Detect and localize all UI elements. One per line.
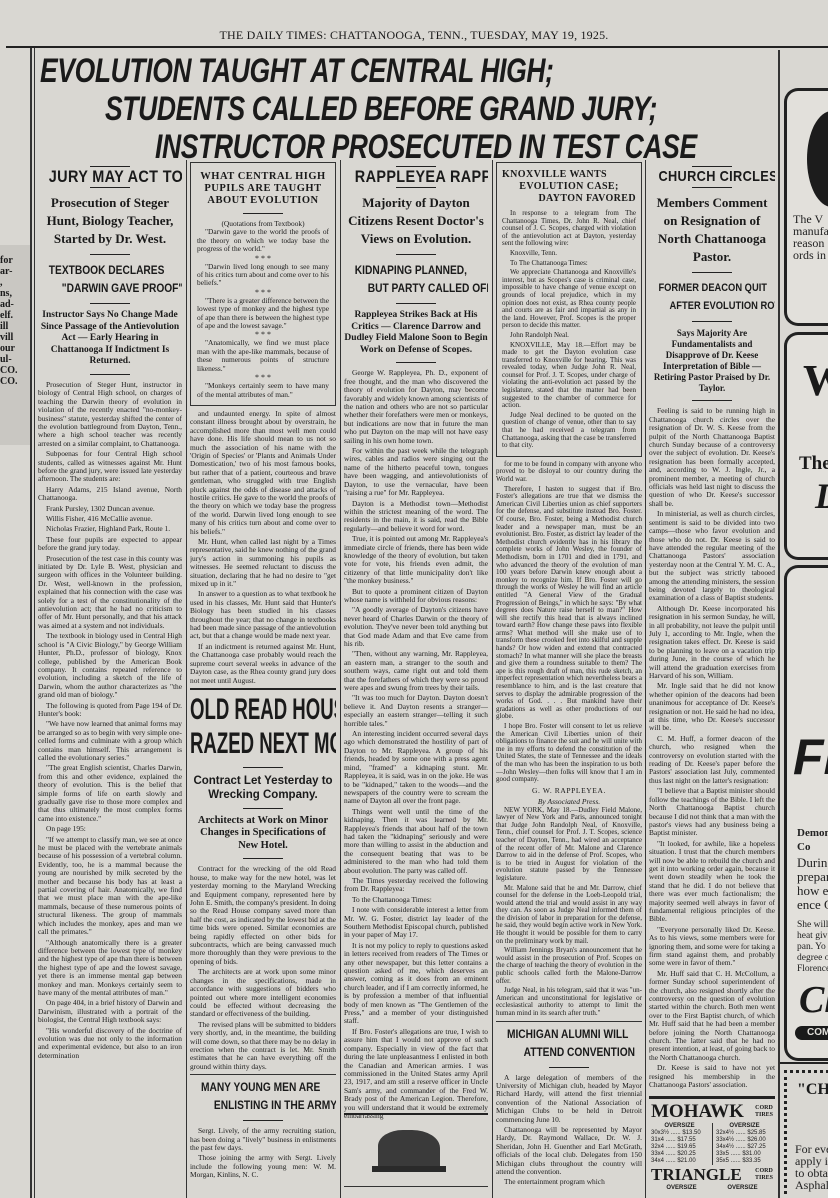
left-page-strip: forar-,ns,ad-elf.illvillourul-CO.CO. <box>0 150 30 1198</box>
newspaper-page: THE DAILY TIMES: CHATTANOOGA, TENN., TUE… <box>0 0 828 1198</box>
divider <box>90 303 130 304</box>
tire-price-row: 34x4½ ...... $27.25 <box>716 1144 773 1151</box>
text-fragment: elf. <box>0 310 30 321</box>
ad-italic-text: D <box>815 475 828 517</box>
ad-line: ence Ol <box>797 898 828 912</box>
subdeck: Rappleyea Strikes Back at His Critics — … <box>344 310 488 356</box>
tire-price-row: 34x4 ...... $21.00 <box>651 1158 708 1165</box>
quotes-box: WHAT CENTRAL HIGH PUPILS ARE TAUGHT ABOU… <box>190 162 336 406</box>
divider <box>243 858 283 859</box>
paragraph: Mr. Hunt, when called last night by a Ti… <box>190 538 336 588</box>
ad-small-text: She willheat givpan. Yodegree oFlorence <box>797 920 828 975</box>
paragraph: The following is quoted from Page 194 of… <box>38 702 182 719</box>
masthead-rule <box>6 46 828 48</box>
column-rule <box>492 160 493 1198</box>
paragraph: Mr. Huff said that C. H. McCollum, a for… <box>649 970 775 1062</box>
article-body: Prosecution of Steger Hunt, instructor i… <box>38 381 182 1060</box>
paragraph: On page 404, in a brief history of Darwi… <box>38 999 182 1024</box>
paragraph: Mr. Malone said that he and Mr. Darrow, … <box>496 885 642 946</box>
ad-line: During <box>797 856 828 870</box>
tire-oversize-row: OVERSIZE OVERSIZE <box>649 1185 775 1192</box>
paragraph: Chattanooga will be represented by Mayor… <box>496 1126 642 1176</box>
paragraph: Judge Neal, in his telegram, said that i… <box>496 987 642 1017</box>
ad-script-logo: Cl <box>799 978 828 1022</box>
paragraph: The architects are at work upon some min… <box>190 968 336 1018</box>
paragraph: On page 195: <box>38 825 182 833</box>
tire-price-row: 33x4 ...... $20.25 <box>651 1151 708 1158</box>
divider <box>243 1120 283 1121</box>
paragraph: Things went well until the time of the k… <box>344 808 488 875</box>
paragraph: "Then, without any warning, Mr. Rappleye… <box>344 650 488 692</box>
headline-line-1: MANY YOUNG MEN ARE <box>201 1078 325 1096</box>
tire-prices-right: OVERSIZE 32x4½ ...... $25.8533x4½ ......… <box>712 1123 773 1165</box>
ad-line: She will <box>797 920 828 931</box>
ad-phonograph: The Vmanufareasonords in <box>784 88 828 326</box>
oversize-label: OVERSIZE <box>651 1123 708 1130</box>
paragraph: Harry Adams, 215 Island avenue, North Ch… <box>38 486 182 503</box>
divider <box>692 166 732 167</box>
quote: "Darwin gave to the world the proofs of … <box>197 228 329 253</box>
paragraph: Prosecution of the test case in this cou… <box>38 555 182 631</box>
divider <box>396 254 436 255</box>
headline-line-2: ENLISTING IN THE ARMY <box>214 1096 326 1114</box>
signature: G. W. RAPPLEYEA. <box>496 787 642 795</box>
paragraph: Knoxville, Tenn. <box>502 250 636 258</box>
masthead: THE DAILY TIMES: CHATTANOOGA, TENN., TUE… <box>0 28 828 43</box>
paragraph: Subpoenas for four Central High school s… <box>38 450 182 484</box>
ad-title: "CHE <box>797 1081 828 1099</box>
paragraph: "If we attempt to classify man, we see a… <box>38 836 182 937</box>
deck: Prosecution of Steger Hunt, Biology Teac… <box>38 194 182 248</box>
paragraph: The revised plans will be submitted to b… <box>190 1021 336 1071</box>
divider <box>190 688 336 690</box>
quote-list: "Darwin gave to the world the proofs of … <box>197 228 329 399</box>
paragraph: In response to a telegram from The Chatt… <box>502 210 636 248</box>
headline-line-1: MICHIGAN ALUMNI WILL <box>507 1025 631 1043</box>
divider <box>90 187 130 188</box>
paragraph: Mr. Ingle said that he did not know whet… <box>649 682 775 732</box>
paragraph: Nicholas Frazier, Highland Park, Route 1… <box>38 525 182 533</box>
divider <box>780 1062 828 1064</box>
quote: "Anatomically, we find we must place man… <box>197 339 329 373</box>
banner-headline: EVOLUTION TAUGHT AT CENTRAL HIGH; STUDEN… <box>40 52 770 166</box>
ad-line: ords in <box>793 249 828 261</box>
text-fragment: vill <box>0 332 30 343</box>
paragraph: The textbook in biology used in Central … <box>38 632 182 699</box>
ad-tag: CORD TIRES <box>755 1168 773 1182</box>
oversize-label: OVERSIZE <box>712 1185 773 1192</box>
headline-line-2: RAZED NEXT MONTH <box>190 727 281 761</box>
ad-text: The Vmanufareasonords in <box>793 213 828 261</box>
ad-text: Then <box>799 453 828 475</box>
ad-body: Duringpreparehow eaence Ol <box>797 856 828 912</box>
headline: RAPPLEYEA RAPPED <box>355 173 477 181</box>
paragraph: C. M. Huff, a former deacon of the churc… <box>649 735 775 785</box>
subhead-line-2: BUT PARTY CALLED OFF <box>368 279 479 297</box>
article-body: Sergt. Lively, of the army recruiting st… <box>190 1127 336 1179</box>
paragraph: "The great English scientist, Charles Da… <box>38 764 182 823</box>
left-border-inner <box>34 48 35 1198</box>
quote: "Monkeys certainly seem to have many of … <box>197 382 329 399</box>
ad-banner: COM <box>795 1026 828 1040</box>
ad-tag-tires: TIRES <box>755 1112 773 1118</box>
ad-line: degree o <box>797 953 828 964</box>
paragraph: "It looked, for awhile, like a hopeless … <box>649 840 775 924</box>
article-body: Feeling is said to be running high in Ch… <box>649 407 775 1090</box>
paragraph: I hope Bro. Foster will consent to let u… <box>496 723 642 784</box>
column-rule <box>186 160 187 1198</box>
paragraph: Those joining the army with Sergt. Livel… <box>190 1154 336 1179</box>
ad-line: Florence <box>797 964 828 975</box>
paragraph: Prosecution of Steger Hunt, instructor i… <box>38 381 182 448</box>
ad-wa: Wa Then D <box>784 332 828 560</box>
paragraph: Sergt. Lively, of the army recruiting st… <box>190 1127 336 1152</box>
subdeck: Instructor Says No Change Made Since Pas… <box>38 310 182 368</box>
deck: Members Comment on Resignation of North … <box>649 194 775 266</box>
divider <box>243 767 283 768</box>
paragraph: "His wonderful discovery of the doctrine… <box>38 1027 182 1061</box>
divider <box>396 362 436 363</box>
knoxville-box: KNOXVILLE WANTS EVOLUTION CASE; DAYTON F… <box>496 162 642 457</box>
ad-line: pan. Yo <box>797 942 828 953</box>
paragraph: If an indictment is returned against Mr.… <box>190 643 336 685</box>
headline: CHURCH CIRCLES STIRRED <box>658 173 765 181</box>
quote: "Darwin lived long enough to see many of… <box>197 263 329 288</box>
subhead-line-1: TEXTBOOK DECLARES <box>49 261 171 279</box>
divider <box>344 1186 488 1187</box>
divider <box>692 187 732 188</box>
paragraph: George W. Rappleyea, Ph. D., exponent of… <box>344 369 488 445</box>
deck: Contract Let Yesterday to Wrecking Compa… <box>190 774 336 802</box>
subhead-line-1: FORMER DEACON QUIT <box>658 279 765 297</box>
ad-tag-cord: CORD <box>755 1105 773 1111</box>
illustration-image <box>378 1130 440 1170</box>
oversize-label: OVERSIZE <box>716 1123 773 1130</box>
paragraph: Dr. Keese is said to have not yet resign… <box>649 1064 775 1089</box>
article-church-circles: CHURCH CIRCLES STIRRED Members Comment o… <box>649 160 775 1090</box>
headline: JURY MAY ACT TODAY <box>49 173 171 181</box>
headline-line-2: ATTEND CONVENTION <box>524 1043 633 1061</box>
paragraph: Willis Fisher, 416 McCallie avenue. <box>38 515 182 523</box>
paragraph: Therefore, I hasten to suggest that if B… <box>496 486 642 721</box>
paragraph: "It was too much for Dayton. Dayton does… <box>344 694 488 728</box>
ad-line: Asphalt <box>795 1179 828 1191</box>
banner-line-1: EVOLUTION TAUGHT AT CENTRAL HIGH; <box>40 52 609 90</box>
paragraph: KNOXVILLE, May 18.—Effort may be made to… <box>502 342 636 410</box>
tire-price-row: 32x4 ...... $19.65 <box>651 1144 708 1151</box>
paragraph: Frank Pursley, 1302 Duncan avenue. <box>38 505 182 513</box>
text-fragment: our <box>0 343 30 354</box>
divider <box>692 272 732 273</box>
paragraph: Dayton is a Methodist town—Methodist wit… <box>344 500 488 534</box>
tire-rows: 32x4½ ...... $25.8533x4½ ...... $26.0034… <box>716 1130 773 1165</box>
text-fragment: for <box>0 255 30 266</box>
subhead-line-1: KIDNAPING PLANNED, <box>355 261 477 279</box>
paragraph: Feeling is said to be running high in Ch… <box>649 407 775 508</box>
box-headline-line-1: KNOXVILLE WANTS <box>502 169 636 181</box>
text-fragment: ns, <box>0 288 30 299</box>
ad-text: For eveapply itto obtaiAsphalt <box>795 1143 828 1191</box>
column-rule <box>340 160 341 1198</box>
divider <box>496 1021 642 1022</box>
tire-price-row: 35x5 ...... $33.35 <box>716 1158 773 1165</box>
divider <box>396 187 436 188</box>
tire-rows: 30x3½ ...... $13.5031x4 ...... $17.5532x… <box>651 1130 708 1165</box>
paragraph: I note with considerable interest a lett… <box>344 906 488 940</box>
banner-line-2: STUDENTS CALLED BEFORE GRAND JURY; <box>105 90 624 128</box>
divider <box>190 1074 336 1075</box>
divider <box>396 303 436 304</box>
tire-price-table: OVERSIZE 30x3½ ...... $13.5031x4 ...... … <box>649 1123 775 1165</box>
paragraph: An interesting incident occurred several… <box>344 730 488 806</box>
article-body: A large delegation of members of the Uni… <box>496 1074 642 1187</box>
column-rule <box>645 160 646 1198</box>
text-fragment: ad- <box>0 299 30 310</box>
tire-ad: MOHAWK CORD TIRES OVERSIZE 30x3½ ...... … <box>649 1096 775 1198</box>
text-fragment: , <box>0 277 30 288</box>
column-4: KNOXVILLE WANTS EVOLUTION CASE; DAYTON F… <box>496 160 642 1198</box>
text-fragment: ul- <box>0 354 30 365</box>
ad-line: prepare <box>797 870 828 884</box>
paragraph: "We have now learned that animal forms m… <box>38 720 182 762</box>
ad-big-text: FL <box>793 728 828 786</box>
quote: "There is a greater difference between t… <box>197 297 329 331</box>
divider <box>90 254 130 255</box>
paragraph: If Bro. Foster's allegations are true, I… <box>344 1028 488 1120</box>
paragraph: William Jennings Bryan's announcement th… <box>496 947 642 985</box>
divider <box>243 213 283 214</box>
divider <box>692 321 732 322</box>
ad-line: Demon <box>797 826 828 840</box>
paragraph: In ministerial, as well as church circle… <box>649 510 775 602</box>
illustration-base <box>372 1166 446 1172</box>
left-strip-fragments: forar-,ns,ad-elf.illvillourul-CO.CO. <box>0 255 30 387</box>
paragraph: But to quote a prominent citizen of Dayt… <box>344 588 488 605</box>
article-body: Contract for the wrecking of the old Rea… <box>190 865 336 1071</box>
ad-line: Co <box>797 840 828 854</box>
article-body: George W. Rappleyea, Ph. D., exponent of… <box>344 369 488 1120</box>
ad-column-rule <box>778 50 780 1198</box>
ad-tag-cord: CORD <box>755 1168 773 1174</box>
paragraph: Judge Neal declined to be quoted on the … <box>502 412 636 450</box>
ad-florence-oil-stove: FL DemonCo Duringpreparehow eaence Ol Sh… <box>784 565 828 1061</box>
ad-subtitle: DemonCo <box>797 826 828 854</box>
subdeck: Architects at Work on Minor Changes in S… <box>190 815 336 853</box>
ad-brand-triangle: TRIANGLE <box>651 1165 742 1185</box>
divider <box>90 374 130 375</box>
article-rappleyea-rapped: RAPPLEYEA RAPPED Majority of Dayton Citi… <box>344 160 488 1165</box>
text-fragment: CO. <box>0 376 30 387</box>
paragraph: For within the past week while the teleg… <box>344 447 488 497</box>
paragraph: NEW YORK, May 18.—Dudley Field Malone, l… <box>496 807 642 883</box>
ad-big-text: Wa <box>803 355 828 406</box>
paragraph: The Times yesterday received the followi… <box>344 877 488 894</box>
subhead-line-2: AFTER EVOLUTION ROW <box>670 297 767 315</box>
paragraph: John Randolph Neal. <box>502 332 636 340</box>
text-fragment: ill <box>0 321 30 332</box>
divider <box>549 1067 589 1068</box>
paragraph: True, it is pointed out among Mr. Rapple… <box>344 535 488 585</box>
divider <box>344 1113 488 1115</box>
tire-price-row: 32x4½ ...... $25.85 <box>716 1130 773 1137</box>
box-headline-line-2: EVOLUTION CASE; <box>502 181 636 193</box>
ad-asphalt: "CHE For eveapply itto obtaiAsphalt <box>784 1070 828 1198</box>
paragraph: The entertainment program which <box>496 1178 642 1186</box>
paragraph: and undaunted energy. In spite of almost… <box>190 410 336 536</box>
paragraph: "Although anatomically there is a greate… <box>38 939 182 998</box>
deck: Majority of Dayton Citizens Resent Docto… <box>344 194 488 248</box>
ad-line: heat giv <box>797 931 828 942</box>
tire-price-row: 33x4½ ...... $26.00 <box>716 1137 773 1144</box>
paragraph: "Everyone personally liked Dr. Keese. As… <box>649 926 775 968</box>
column-2: WHAT CENTRAL HIGH PUPILS ARE TAUGHT ABOU… <box>190 160 336 1198</box>
ad-brand-mohawk: MOHAWK <box>651 1101 744 1123</box>
paragraph: It is not my policy to reply to question… <box>344 942 488 1026</box>
ad-tag: CORD TIRES <box>755 1105 773 1119</box>
subhead-line-2: "DARWIN GAVE PROOF" <box>62 279 173 297</box>
tire-prices-left: OVERSIZE 30x3½ ...... $13.5031x4 ...... … <box>651 1123 708 1165</box>
paragraph: In answer to a question as to what textb… <box>190 590 336 640</box>
paragraph: These four pupils are expected to appear… <box>38 536 182 553</box>
article-jury-may-act: JURY MAY ACT TODAY Prosecution of Steger… <box>38 160 182 1198</box>
paragraph: "I believe that a Baptist minister shoul… <box>649 787 775 837</box>
paragraph: To The Chattanooga Times: <box>502 260 636 268</box>
subdeck: Says Majority Are Fundamentalists and Di… <box>649 328 775 394</box>
paragraph: Although Dr. Keese incorporated his resi… <box>649 605 775 681</box>
box-body: In response to a telegram from The Chatt… <box>502 210 636 450</box>
divider <box>243 808 283 809</box>
box-headline: WHAT CENTRAL HIGH PUPILS ARE TAUGHT ABOU… <box>197 171 329 207</box>
ad-tag-tires: TIRES <box>755 1175 773 1181</box>
paragraph: for me to be found in company with anyon… <box>496 461 642 484</box>
left-border <box>30 48 32 1198</box>
phonograph-record-image <box>807 111 828 207</box>
tire-price-row: 33x5 ...... $31.00 <box>716 1151 773 1158</box>
text-fragment: CO. <box>0 365 30 376</box>
text-fragment: ar- <box>0 266 30 277</box>
paragraph: "A goodly average of Dayton's citizens h… <box>344 606 488 648</box>
tire-price-row: 31x4 ...... $17.55 <box>651 1137 708 1144</box>
headline-line-1: OLD READ HOUSE <box>190 693 281 727</box>
article-continuation: and undaunted energy. In spite of almost… <box>190 410 336 685</box>
oversize-label: OVERSIZE <box>651 1185 712 1192</box>
box-headline-line-3: DAYTON FAVORED <box>502 193 636 205</box>
ap-article-body: NEW YORK, May 18.—Dudley Field Malone, l… <box>496 807 642 1018</box>
paragraph: A large delegation of members of the Uni… <box>496 1074 642 1124</box>
ad-line: how ea <box>797 884 828 898</box>
tire-price-row: 30x3½ ...... $13.50 <box>651 1130 708 1137</box>
paragraph: We appreciate Chattanooga and Knoxville'… <box>502 269 636 330</box>
letter-continuation: for me to be found in company with anyon… <box>496 461 642 784</box>
paragraph: To the Chattanooga Times: <box>344 896 488 904</box>
divider <box>692 400 732 401</box>
paragraph: Contract for the wrecking of the old Rea… <box>190 865 336 966</box>
